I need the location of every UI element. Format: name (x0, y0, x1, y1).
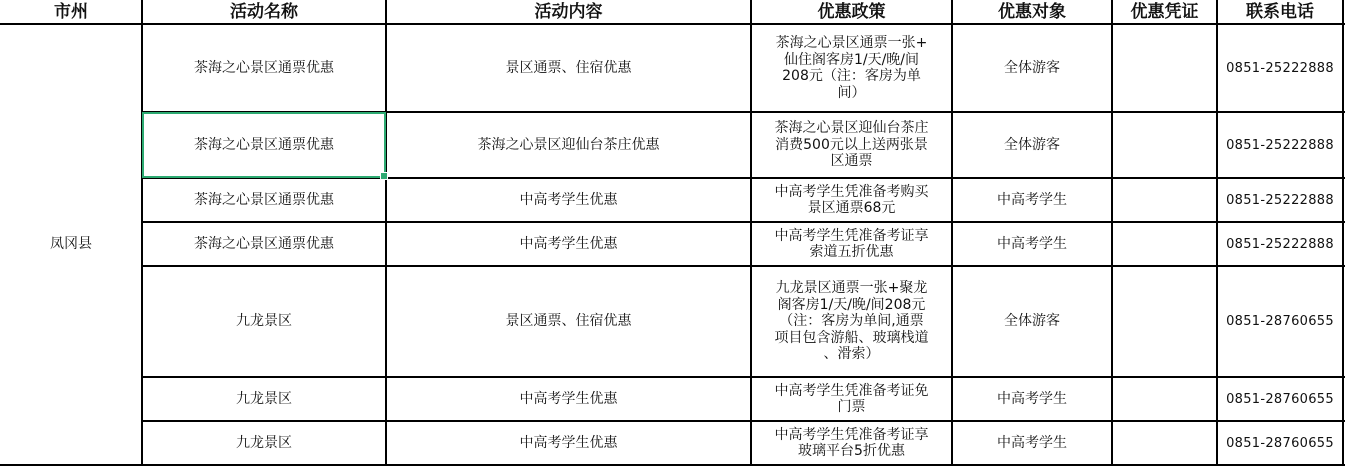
cell-discount-target[interactable]: 中高考学生 (952, 421, 1112, 465)
cell-discount-policy[interactable]: 中高考学生凭准备考证免 门票 (751, 377, 952, 421)
cell-contact-phone[interactable]: 0851-28760655 (1217, 266, 1343, 377)
cell-activity-content[interactable]: 中高考学生优惠 (386, 222, 751, 266)
cell-discount-target[interactable]: 中高考学生 (952, 222, 1112, 266)
cell-discount-voucher[interactable] (1112, 377, 1217, 421)
cell-discount-policy[interactable]: 中高考学生凭准备考证享 玻璃平台5折优惠 (751, 421, 952, 465)
cell-discount-voucher[interactable] (1112, 421, 1217, 465)
grid-line-horizontal (142, 376, 1345, 378)
cell-activity-name[interactable]: 茶海之心景区通票优惠 (142, 178, 386, 222)
cell-discount-target[interactable]: 中高考学生 (952, 178, 1112, 222)
cell-activity-name[interactable]: 茶海之心景区通票优惠 (142, 24, 386, 112)
cell-activity-content[interactable]: 中高考学生优惠 (386, 421, 751, 465)
cell-discount-voucher[interactable] (1112, 222, 1217, 266)
spreadsheet-grid: 市州活动名称活动内容优惠政策优惠对象优惠凭证联系电话凤冈县茶海之心景区通票优惠景… (0, 0, 1345, 466)
cell-contact-phone[interactable]: 0851-25222888 (1217, 112, 1343, 178)
cell-discount-target[interactable]: 全体游客 (952, 266, 1112, 377)
grid-line-vertical (951, 0, 953, 466)
cell-activity-name[interactable]: 茶海之心景区通票优惠 (142, 222, 386, 266)
cell-discount-policy[interactable]: 茶海之心景区迎仙台茶庄 消费500元以上送两张景 区通票 (751, 112, 952, 178)
cell-discount-target[interactable]: 全体游客 (952, 112, 1112, 178)
cell-activity-content[interactable]: 中高考学生优惠 (386, 377, 751, 421)
cell-discount-target[interactable]: 中高考学生 (952, 377, 1112, 421)
grid-line-vertical (141, 0, 143, 466)
cell-discount-voucher[interactable] (1112, 24, 1217, 112)
header-contact-phone[interactable]: 联系电话 (1217, 0, 1343, 24)
fill-handle[interactable] (380, 172, 388, 180)
header-discount-target[interactable]: 优惠对象 (952, 0, 1112, 24)
cell-contact-phone[interactable]: 0851-25222888 (1217, 222, 1343, 266)
cell-activity-name[interactable]: 九龙景区 (142, 377, 386, 421)
cell-discount-voucher[interactable] (1112, 266, 1217, 377)
cell-contact-phone[interactable]: 0851-25222888 (1217, 178, 1343, 222)
cell-discount-voucher[interactable] (1112, 112, 1217, 178)
cell-discount-voucher[interactable] (1112, 178, 1217, 222)
cell-discount-policy[interactable]: 九龙景区通票一张+聚龙 阁客房1/天/晚/间208元 （注：客房为单间,通票 项… (751, 266, 952, 377)
grid-line-horizontal (0, 23, 1345, 25)
cell-activity-content[interactable]: 景区通票、住宿优惠 (386, 24, 751, 112)
cell-selection-border[interactable] (142, 112, 386, 178)
cell-activity-name[interactable]: 九龙景区 (142, 266, 386, 377)
cell-discount-policy[interactable]: 中高考学生凭准备考证享 索道五折优惠 (751, 222, 952, 266)
cell-contact-phone[interactable]: 0851-28760655 (1217, 377, 1343, 421)
header-activity-name[interactable]: 活动名称 (142, 0, 386, 24)
cell-contact-phone[interactable]: 0851-25222888 (1217, 24, 1343, 112)
grid-line-horizontal (142, 265, 1345, 267)
cell-activity-content[interactable]: 茶海之心景区迎仙台茶庄优惠 (386, 112, 751, 178)
grid-line-horizontal (142, 420, 1345, 422)
cell-activity-content[interactable]: 景区通票、住宿优惠 (386, 266, 751, 377)
cell-activity-content[interactable]: 中高考学生优惠 (386, 178, 751, 222)
header-activity-content[interactable]: 活动内容 (386, 0, 751, 24)
grid-line-vertical (385, 0, 387, 466)
grid-line-vertical (750, 0, 752, 466)
header-discount-voucher[interactable]: 优惠凭证 (1112, 0, 1217, 24)
cell-discount-policy[interactable]: 中高考学生凭准备考购买 景区通票68元 (751, 178, 952, 222)
header-discount-policy[interactable]: 优惠政策 (751, 0, 952, 24)
grid-line-vertical (1216, 0, 1218, 466)
grid-line-horizontal (142, 221, 1345, 223)
header-city[interactable]: 市州 (0, 0, 142, 24)
grid-line-vertical (1342, 0, 1344, 466)
cell-city-merged[interactable]: 凤冈县 (0, 24, 142, 465)
cell-contact-phone[interactable]: 0851-28760655 (1217, 421, 1343, 465)
cell-activity-name[interactable]: 九龙景区 (142, 421, 386, 465)
cell-discount-target[interactable]: 全体游客 (952, 24, 1112, 112)
cell-discount-policy[interactable]: 茶海之心景区通票一张+ 仙住阁客房1/天/晚/间 208元（注：客房为单 间） (751, 24, 952, 112)
grid-line-vertical (1111, 0, 1113, 466)
